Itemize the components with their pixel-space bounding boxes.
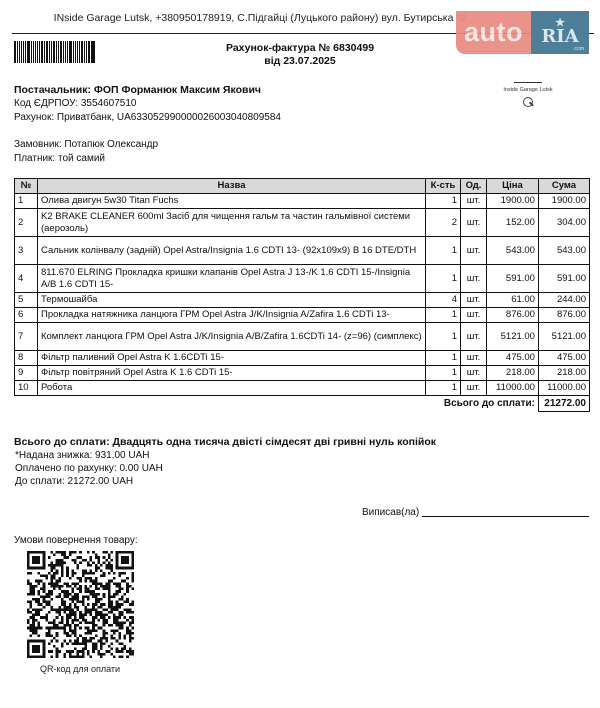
item-qty: 2 — [426, 209, 461, 237]
row-number: 9 — [15, 366, 38, 381]
autoria-watermark: auto ★ RIA .com — [456, 11, 596, 54]
col-header-qty: К-сть — [426, 179, 461, 194]
search-gear-icon — [523, 97, 533, 107]
row-number: 8 — [15, 351, 38, 366]
total-in-words: Всього до сплати: Двадцять одна тисяча д… — [14, 436, 436, 449]
item-qty: 1 — [426, 265, 461, 293]
table-row: 9Фільтр повітряний Opel Astra K 1.6 CDTi… — [15, 366, 590, 381]
invoice-number: Рахунок-фактура № 6830499 — [200, 42, 400, 55]
item-unit: шт. — [461, 209, 487, 237]
row-number: 3 — [15, 237, 38, 265]
item-name: 811.670 ELRING Прокладка кришки клапанів… — [37, 265, 425, 293]
watermark-ria-text: RIA — [541, 26, 578, 47]
table-row: 1Олива двигун 5w30 Titan Fuchs1шт.1900.0… — [15, 194, 590, 209]
item-name: Сальник колінвалу (задній) Opel Astra/In… — [37, 237, 425, 265]
item-name: Прокладка натяжника ланцюга ГРМ Opel Ast… — [37, 308, 425, 323]
item-qty: 1 — [426, 366, 461, 381]
supplier-block: Постачальник: ФОП Форманюк Максим Якович… — [14, 83, 281, 125]
item-unit: шт. — [461, 293, 487, 308]
item-price: 11000.00 — [487, 381, 539, 396]
item-unit: шт. — [461, 323, 487, 351]
col-header-unit: Од. — [461, 179, 487, 194]
orderer: Замовник: Потапюк Олександр — [14, 138, 158, 152]
item-name: Комплект ланцюга ГРМ Opel Astra J/K/Insi… — [37, 323, 425, 351]
qr-caption: QR-код для оплати — [20, 664, 140, 674]
company-header: INside Garage Lutsk, +380950178919, С.Пі… — [10, 12, 510, 24]
due-amount: До сплати: 21272.00 UAH — [14, 475, 436, 488]
item-name: Термошайба — [37, 293, 425, 308]
item-unit: шт. — [461, 308, 487, 323]
row-number: 2 — [15, 209, 38, 237]
payer: Платник: той самий — [14, 152, 158, 166]
summary-block: Всього до сплати: Двадцять одна тисяча д… — [14, 436, 436, 488]
col-header-name: Назва — [37, 179, 425, 194]
table-row: 5Термошайба4шт.61.00244.00 — [15, 293, 590, 308]
barcode — [14, 41, 96, 63]
item-sum: 304.00 — [538, 209, 589, 237]
item-qty: 1 — [426, 237, 461, 265]
item-sum: 244.00 — [538, 293, 589, 308]
watermark-ria: ★ RIA .com — [531, 11, 589, 54]
watermark-auto: auto — [456, 11, 531, 54]
item-unit: шт. — [461, 237, 487, 265]
col-header-price: Ціна — [487, 179, 539, 194]
item-unit: шт. — [461, 366, 487, 381]
logo-text: Inside Garage Lutsk — [488, 87, 568, 93]
qr-code — [27, 551, 134, 658]
item-sum: 591.00 — [538, 265, 589, 293]
return-conditions-label: Умови повернення товару: — [14, 535, 138, 546]
row-number: 7 — [15, 323, 38, 351]
item-unit: шт. — [461, 351, 487, 366]
item-qty: 1 — [426, 381, 461, 396]
col-header-sum: Сума — [538, 179, 589, 194]
table-row: 8Фільтр паливний Opel Astra K 1.6CDTi 15… — [15, 351, 590, 366]
item-sum: 218.00 — [538, 366, 589, 381]
item-price: 591.00 — [487, 265, 539, 293]
item-unit: шт. — [461, 381, 487, 396]
table-row: 7Комплект ланцюга ГРМ Opel Astra J/K/Ins… — [15, 323, 590, 351]
table-row: 4811.670 ELRING Прокладка кришки клапані… — [15, 265, 590, 293]
item-name: Фільтр паливний Opel Astra K 1.6CDTi 15- — [37, 351, 425, 366]
item-qty: 4 — [426, 293, 461, 308]
table-row: 6Прокладка натяжника ланцюга ГРМ Opel As… — [15, 308, 590, 323]
item-sum: 475.00 — [538, 351, 589, 366]
item-sum: 543.00 — [538, 237, 589, 265]
total-value: 21272.00 — [538, 396, 589, 412]
item-name: Робота — [37, 381, 425, 396]
watermark-com: .com — [573, 46, 584, 52]
discount: *Надана знижка: 931.00 UAH — [14, 449, 436, 462]
item-qty: 1 — [426, 351, 461, 366]
signature-line — [422, 516, 589, 517]
item-price: 543.00 — [487, 237, 539, 265]
item-sum: 876.00 — [538, 308, 589, 323]
item-qty: 1 — [426, 323, 461, 351]
logo-bar — [514, 82, 542, 83]
items-table: № Назва К-сть Од. Ціна Сума 1Олива двигу… — [14, 178, 590, 412]
item-sum: 1900.00 — [538, 194, 589, 209]
item-price: 218.00 — [487, 366, 539, 381]
item-price: 1900.00 — [487, 194, 539, 209]
row-number: 4 — [15, 265, 38, 293]
item-unit: шт. — [461, 265, 487, 293]
item-name: Фільтр повітряний Opel Astra K 1.6 CDTi … — [37, 366, 425, 381]
item-price: 876.00 — [487, 308, 539, 323]
customer-block: Замовник: Потапюк Олександр Платник: той… — [14, 138, 158, 166]
supplier-name: Постачальник: ФОП Форманюк Максим Якович — [14, 83, 281, 97]
item-qty: 1 — [426, 308, 461, 323]
item-name: Олива двигун 5w30 Titan Fuchs — [37, 194, 425, 209]
row-number: 1 — [15, 194, 38, 209]
invoice-date: від 23.07.2025 — [200, 55, 400, 68]
signature-label: Виписав(ла) — [362, 507, 419, 518]
item-price: 61.00 — [487, 293, 539, 308]
item-unit: шт. — [461, 194, 487, 209]
item-price: 152.00 — [487, 209, 539, 237]
garage-logo: Inside Garage Lutsk — [488, 82, 568, 107]
row-number: 10 — [15, 381, 38, 396]
item-sum: 11000.00 — [538, 381, 589, 396]
signature-block: Виписав(ла) — [362, 507, 589, 518]
supplier-account: Рахунок: Приватбанк, UA63305299000002600… — [14, 111, 281, 125]
row-number: 5 — [15, 293, 38, 308]
total-label: Всього до сплати: — [15, 396, 539, 412]
item-sum: 5121.00 — [538, 323, 589, 351]
total-row: Всього до сплати: 21272.00 — [15, 396, 590, 412]
item-price: 5121.00 — [487, 323, 539, 351]
row-number: 6 — [15, 308, 38, 323]
table-row: 2K2 BRAKE CLEANER 600ml Засіб для чищенн… — [15, 209, 590, 237]
supplier-code: Код ЄДРПОУ: 3554607510 — [14, 97, 281, 111]
table-header-row: № Назва К-сть Од. Ціна Сума — [15, 179, 590, 194]
invoice-title-block: Рахунок-фактура № 6830499 від 23.07.2025 — [200, 42, 400, 68]
table-row: 10Робота1шт.11000.0011000.00 — [15, 381, 590, 396]
item-price: 475.00 — [487, 351, 539, 366]
item-name: K2 BRAKE CLEANER 600ml Засіб для чищення… — [37, 209, 425, 237]
table-row: 3Сальник колінвалу (задній) Opel Astra/I… — [15, 237, 590, 265]
paid-amount: Оплачено по рахунку: 0.00 UAH — [14, 462, 436, 475]
col-header-num: № — [15, 179, 38, 194]
item-qty: 1 — [426, 194, 461, 209]
